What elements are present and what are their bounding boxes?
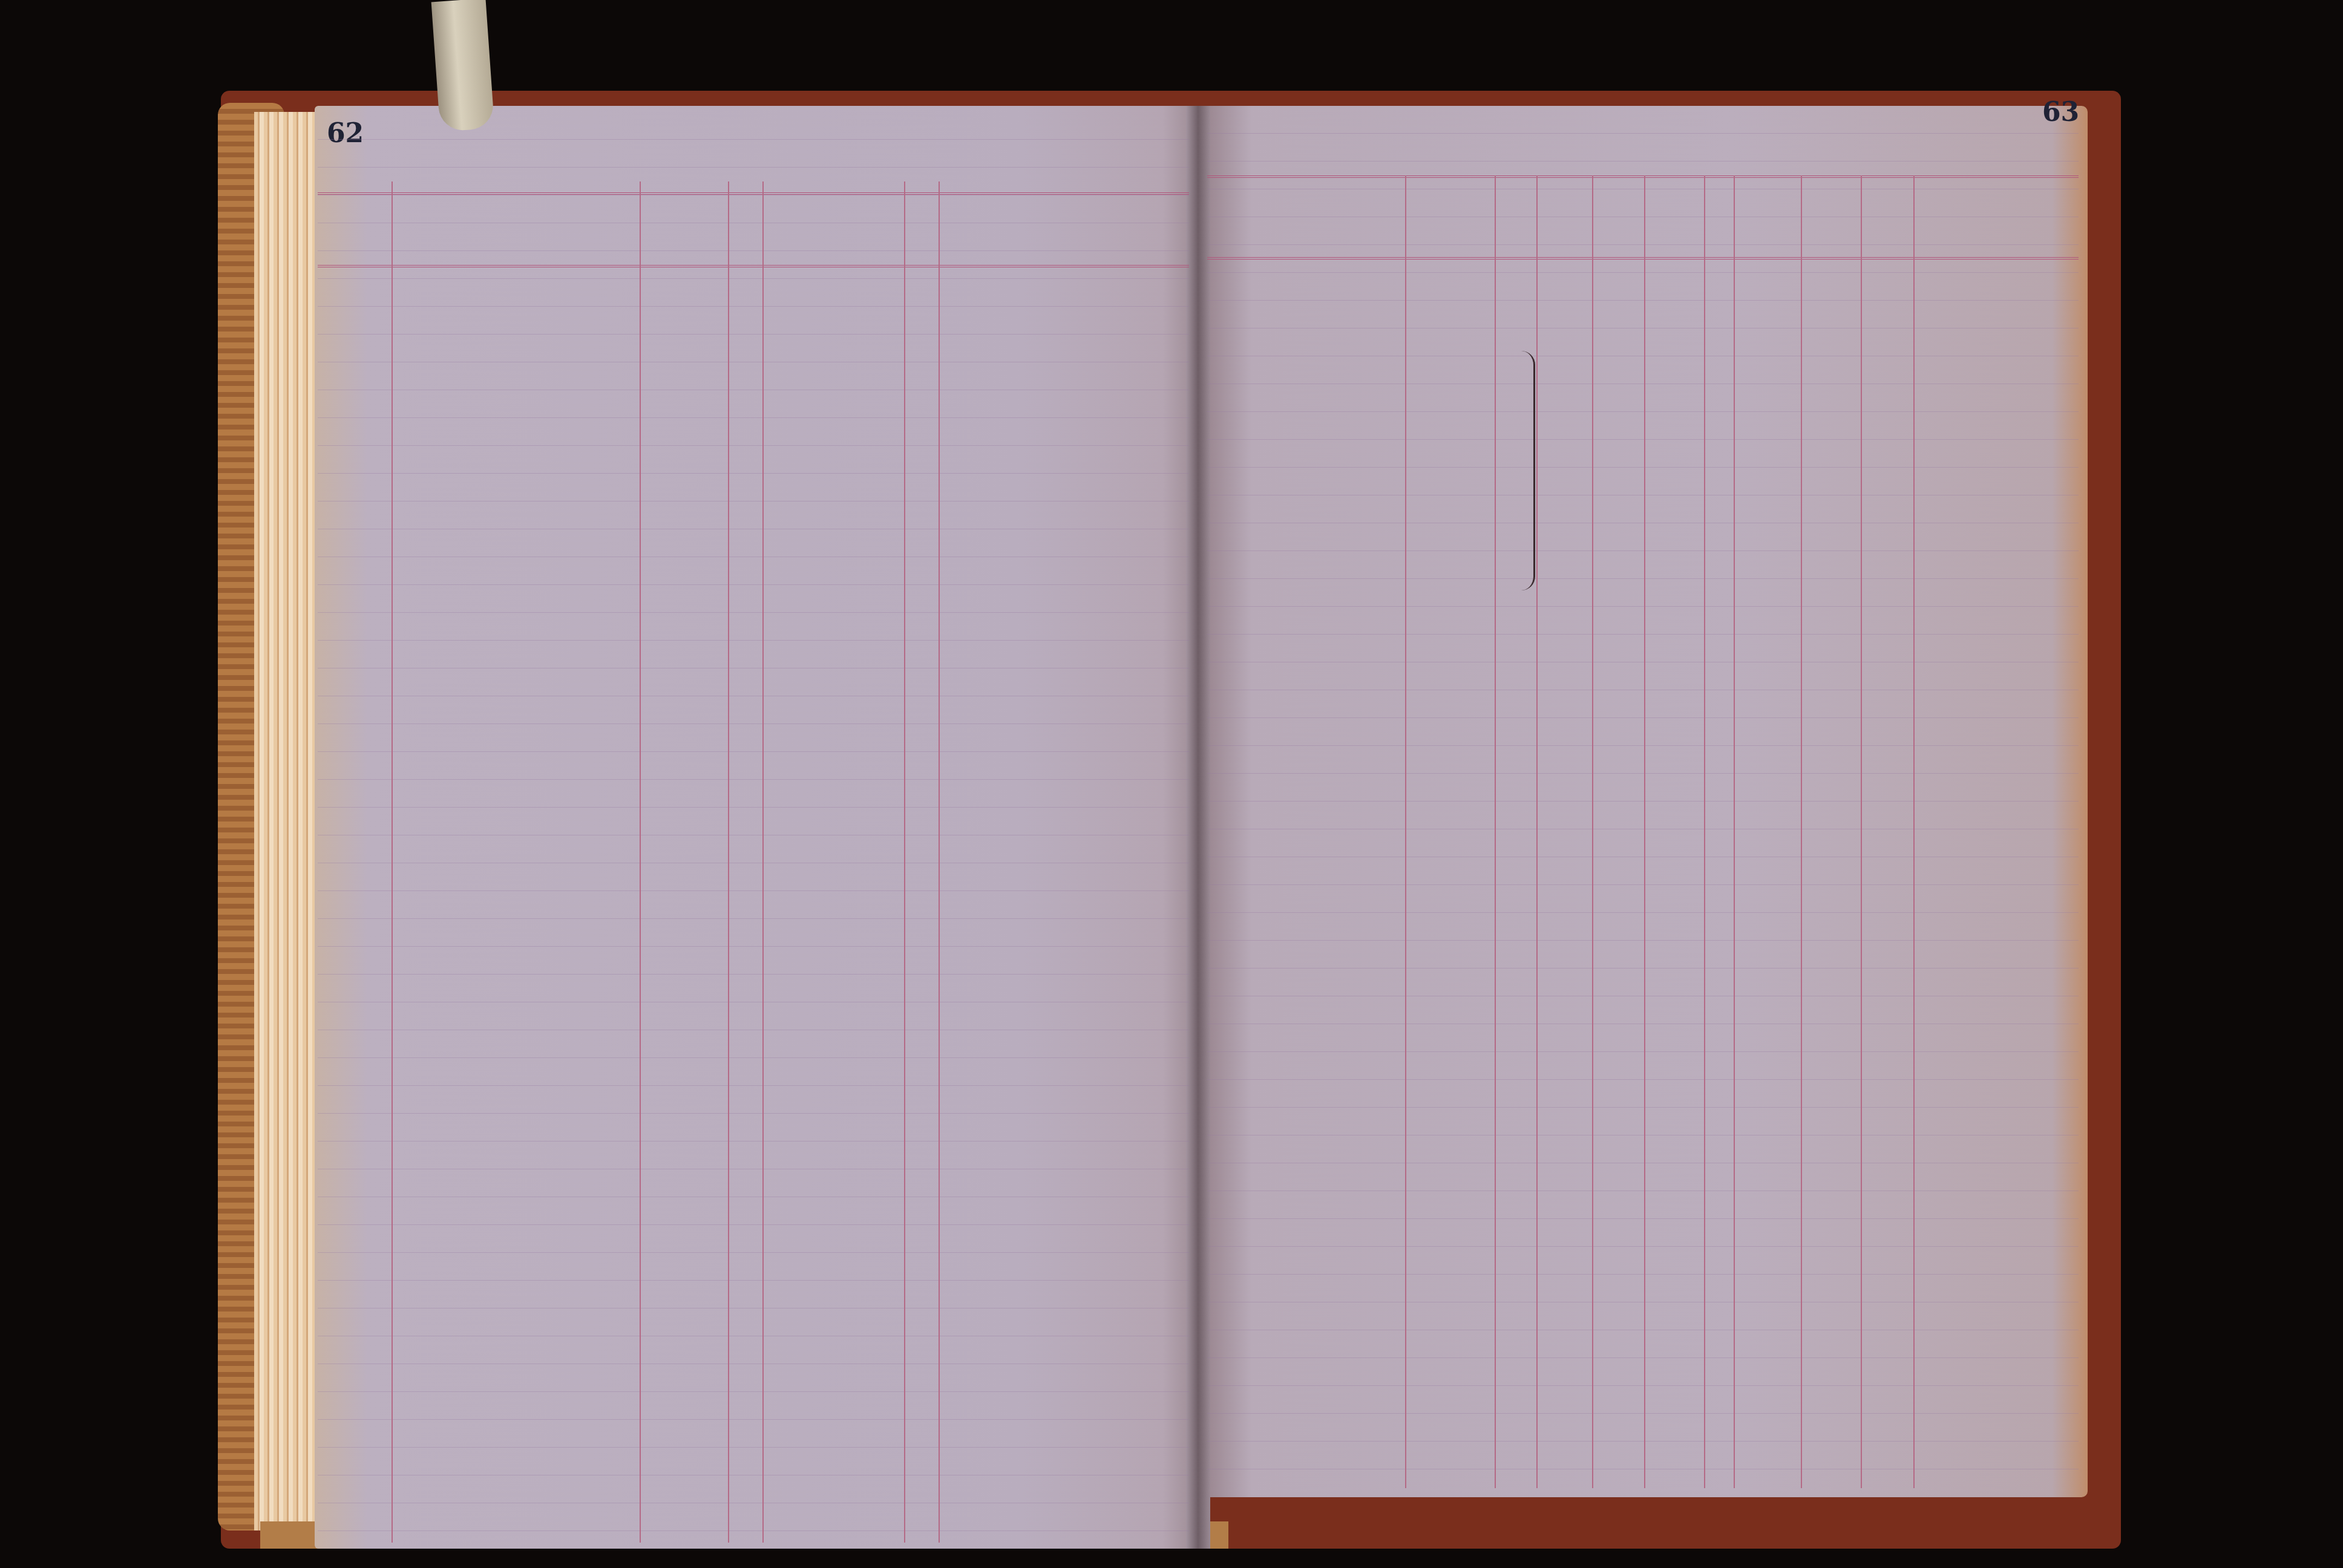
- header-rule: [318, 192, 1189, 197]
- ruled-line: [318, 1447, 1189, 1448]
- ruled-line: [318, 1057, 1189, 1058]
- ruled-line: [318, 1419, 1189, 1420]
- ruled-line: [318, 1085, 1189, 1086]
- ruled-line: [1207, 1051, 2079, 1052]
- ruled-line: [1207, 328, 2079, 328]
- ruled-line: [1207, 1107, 2079, 1108]
- column-rule: [1592, 175, 1593, 1488]
- ruled-line: [318, 1169, 1189, 1169]
- column-rule: [1734, 175, 1735, 1488]
- ruled-line: [1207, 996, 2079, 996]
- column-rule: [728, 181, 729, 1543]
- ruled-line: [1207, 244, 2079, 245]
- metal-bookmark-clip: [431, 0, 495, 132]
- ruled-line: [318, 612, 1189, 613]
- ruled-line: [318, 250, 1189, 251]
- column-rule: [1861, 175, 1862, 1488]
- ruled-line: [318, 278, 1189, 279]
- ruled-line: [318, 1224, 1189, 1225]
- ruled-line: [318, 223, 1189, 223]
- ruled-line: [1207, 1302, 2079, 1302]
- ruled-line: [318, 1336, 1189, 1336]
- ruled-line: [1207, 801, 2079, 802]
- header-rule: [1207, 257, 2079, 262]
- ruled-line: [1207, 550, 2079, 551]
- ruled-line: [1207, 217, 2079, 217]
- ruled-line: [318, 696, 1189, 696]
- ruled-line: [1207, 1079, 2079, 1080]
- column-rule: [1495, 175, 1496, 1488]
- ruled-line: [318, 417, 1189, 418]
- ruled-line: [1207, 356, 2079, 356]
- ruled-line: [1207, 1385, 2079, 1386]
- ruled-line: [318, 529, 1189, 529]
- ruled-line: [318, 1113, 1189, 1114]
- ruled-line: [1207, 467, 2079, 468]
- ruled-line: [318, 724, 1189, 724]
- ruled-line: [1207, 1135, 2079, 1135]
- ruled-line: [318, 974, 1189, 975]
- ruled-line: [318, 1364, 1189, 1364]
- column-rule: [640, 181, 641, 1543]
- ruled-line: [1207, 1246, 2079, 1247]
- ruled-line: [1207, 1469, 2079, 1469]
- ruled-line: [318, 584, 1189, 585]
- ruled-line: [318, 139, 1189, 140]
- ruled-line: [318, 306, 1189, 307]
- ruled-line: [318, 445, 1189, 446]
- ruled-line: [1207, 189, 2079, 189]
- ruled-line: [1207, 857, 2079, 857]
- column-rule: [1405, 175, 1406, 1488]
- right-page-number: 63: [2042, 97, 2079, 128]
- ruled-line: [318, 390, 1189, 390]
- header-rule: [1207, 175, 2079, 180]
- ruled-line: [318, 362, 1189, 362]
- left-page-number: 62: [327, 118, 364, 149]
- ruled-line: [318, 1197, 1189, 1197]
- ruled-line: [318, 1141, 1189, 1142]
- page-edges: [254, 112, 321, 1530]
- ruled-line: [1207, 773, 2079, 774]
- ruled-line: [318, 1308, 1189, 1308]
- ruled-line: [318, 668, 1189, 668]
- ruled-line: [1207, 1024, 2079, 1024]
- ruled-line: [318, 501, 1189, 501]
- column-rule: [392, 181, 393, 1543]
- ruled-line: [1207, 161, 2079, 162]
- ruled-line: [318, 918, 1189, 919]
- ruled-line: [318, 946, 1189, 947]
- ruled-line: [318, 1530, 1189, 1531]
- column-rule: [904, 181, 905, 1543]
- ruled-line: [318, 1030, 1189, 1030]
- ruled-line: [318, 1391, 1189, 1392]
- ruled-line: [318, 473, 1189, 474]
- column-rule: [1704, 175, 1705, 1488]
- ruled-line: [318, 1280, 1189, 1281]
- ruled-line: [1207, 523, 2079, 523]
- ruled-line: [1207, 133, 2079, 134]
- ruled-line: [1207, 606, 2079, 607]
- ruled-line: [318, 890, 1189, 891]
- ruled-line: [318, 779, 1189, 780]
- ruled-line: [1207, 662, 2079, 662]
- ruled-line: [1207, 1413, 2079, 1414]
- ruled-line: [1207, 1274, 2079, 1275]
- ruled-line: [1207, 1441, 2079, 1442]
- ruled-line: [318, 640, 1189, 641]
- ruled-line: [1207, 690, 2079, 690]
- ruled-line: [318, 807, 1189, 808]
- column-rule: [762, 181, 764, 1543]
- ruled-line: [318, 1002, 1189, 1002]
- ruled-line: [1207, 1218, 2079, 1219]
- ruled-line: [318, 1503, 1189, 1503]
- ruled-line: [1207, 411, 2079, 412]
- ruled-line: [1207, 1163, 2079, 1163]
- ruled-line: [318, 835, 1189, 835]
- ruled-line: [1207, 1330, 2079, 1330]
- tract-brace: [1521, 351, 1535, 590]
- column-rule: [1644, 175, 1645, 1488]
- ruled-line: [318, 751, 1189, 752]
- ruled-line: [1207, 495, 2079, 495]
- ruled-line: [1207, 884, 2079, 885]
- ruled-line: [1207, 1357, 2079, 1358]
- ruled-line: [1207, 272, 2079, 273]
- ruled-line: [1207, 578, 2079, 579]
- ruled-line: [318, 863, 1189, 863]
- ruled-line: [318, 334, 1189, 335]
- ruled-line: [318, 1475, 1189, 1475]
- column-rule: [939, 181, 940, 1543]
- ruled-line: [1207, 912, 2079, 913]
- left-page: [315, 106, 1198, 1549]
- ruled-line: [1207, 940, 2079, 941]
- ruled-line: [1207, 717, 2079, 718]
- ruled-line: [318, 167, 1189, 168]
- ruled-line: [1207, 968, 2079, 969]
- ruled-line: [1207, 634, 2079, 635]
- column-rule: [1801, 175, 1802, 1488]
- ruled-line: [1207, 829, 2079, 829]
- right-page: [1198, 106, 2088, 1497]
- header-rule: [318, 265, 1189, 270]
- ruled-line: [318, 557, 1189, 557]
- book-gutter: [1186, 106, 1210, 1549]
- column-rule: [1536, 175, 1538, 1488]
- ruled-line: [1207, 745, 2079, 746]
- column-rule: [1913, 175, 1915, 1488]
- ruled-line: [1207, 384, 2079, 384]
- ruled-line: [1207, 1191, 2079, 1191]
- ruled-line: [1207, 439, 2079, 440]
- ruled-line: [1207, 300, 2079, 301]
- ruled-line: [318, 1252, 1189, 1253]
